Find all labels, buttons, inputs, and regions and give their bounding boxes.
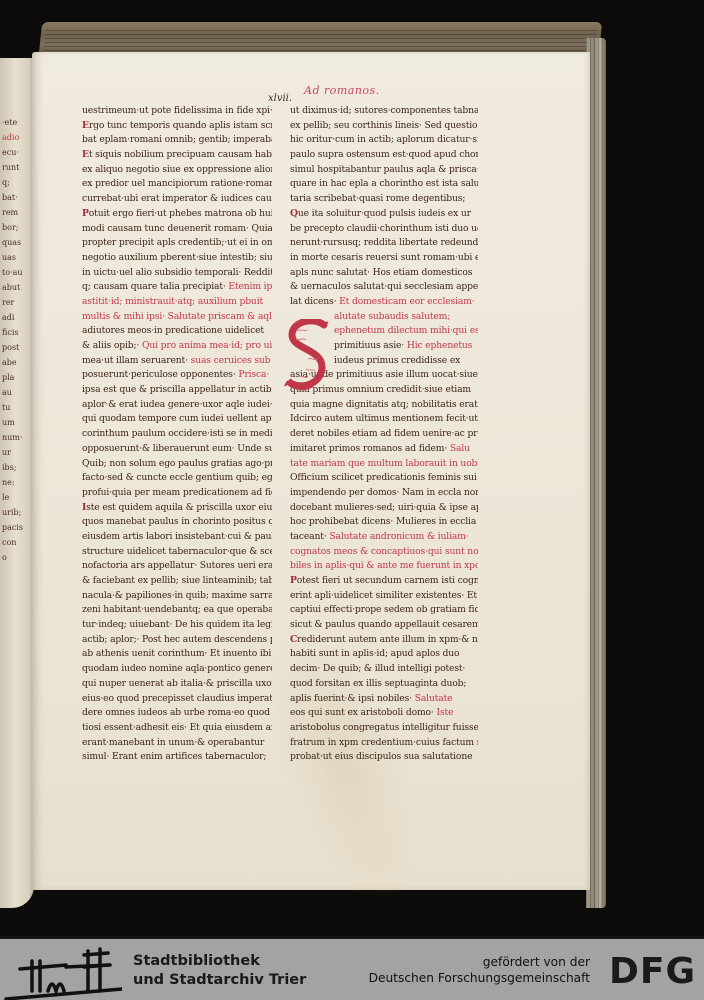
manuscript-line: currebat·ubi erat imperator & iudices ca…	[82, 192, 272, 207]
facing-page-text-fragment: um	[2, 418, 15, 428]
manuscript-line: docebant mulieres·sed; uiri·quia & ipse …	[290, 501, 478, 516]
manuscript-line: zeni habitant·uendebantq; ea que operaba…	[82, 603, 272, 618]
manuscript-line: be precepto claudii·chorinthum isti duo …	[290, 222, 478, 237]
manuscript-line: taceant· Salutate andronicum & iuliam·	[290, 530, 478, 545]
manuscript-line: tiosi essent·adhesit eis· Et quia eiusde…	[82, 721, 272, 736]
manuscript-line: eiusdem artis labori insistebant·cui & p…	[82, 530, 272, 545]
manuscript-line: multis & mihi ipsi· Salutate priscam & a…	[82, 310, 272, 325]
manuscript-line: quos manebat paulus in chorinto positus …	[82, 515, 272, 530]
manuscript-line: corinthum paulum occidere·isti se in med…	[82, 427, 272, 442]
manuscript-line: adiutores meos·in predicatione uidelicet	[82, 324, 272, 339]
manuscript-line: & faciebant ex pellib; siue linteaminib;…	[82, 574, 272, 589]
facing-page-text-fragment: o	[2, 553, 7, 563]
institution-line-2: und Stadtarchiv Trier	[133, 971, 306, 990]
facing-page-text-fragment: uas	[2, 253, 16, 263]
manuscript-line: uestrimeum·ut pote fidelissima in fide x…	[82, 104, 272, 119]
manuscript-line: qui nuper uenerat ab italia·& priscilla …	[82, 677, 272, 692]
facing-page-text-fragment: adio	[2, 133, 19, 143]
facing-page-text-fragment: to·au	[2, 268, 23, 278]
manuscript-line: negotio auxilium pberent·siue intestib; …	[82, 251, 272, 266]
facing-page-text-fragment: quas	[2, 238, 21, 248]
manuscript-line: ipsa est que & priscilla appellatur in a…	[82, 383, 272, 398]
manuscript-line: impendendo per domos· Nam in eccla non	[290, 486, 478, 501]
footer-banner: Stadtbibliothek und Stadtarchiv Trier ge…	[0, 936, 704, 1000]
manuscript-line: modi causam tunc deuenerit romam· Quia	[82, 222, 272, 237]
manuscript-line: dere omnes iudeos ab urbe roma·eo quod s…	[82, 706, 272, 721]
manuscript-line: actib; aplor;· Post hec autem descendens…	[82, 633, 272, 648]
running-head: Ad romanos.	[304, 84, 380, 97]
manuscript-line: profui·quia per meam predicationem ad fi…	[82, 486, 272, 501]
manuscript-line: Idcirco autem ultimus mentionem fecit·ut…	[290, 412, 478, 427]
manuscript-line: Officium scilicet predicationis feminis …	[290, 471, 478, 486]
manuscript-line: deret nobiles etiam ad fidem uenire·ac p…	[290, 427, 478, 442]
manuscript-line: nerunt·rursusq; reddita libertate redeun…	[290, 236, 478, 251]
manuscript-line: ex pellib; seu corthinis lineis· Sed que…	[290, 119, 478, 134]
funder-line-2: Deutschen Forschungsgemeinschaft	[369, 971, 590, 987]
facing-page-text-fragment: ur	[2, 448, 11, 458]
facing-page-text-fragment: urib;	[2, 508, 21, 518]
manuscript-line: Et siquis nobilium precipuam causam habe…	[82, 148, 272, 163]
manuscript-line: bat eplam·romani omnib; gentib; imperaba…	[82, 133, 272, 148]
manuscript-line: erint apli·uidelicet similiter existente…	[290, 589, 478, 604]
facing-page-text-fragment: ficis	[2, 328, 18, 338]
funder-line-1: gefördert von der	[369, 955, 590, 971]
manuscript-line: tate mariam que multum laborauit in uobi…	[290, 457, 478, 472]
funder-credit: gefördert von der Deutschen Forschungsge…	[369, 955, 590, 986]
manuscript-line: nofactoria ars appellatur· Sutores ueri …	[82, 559, 272, 574]
manuscript-line: habiti sunt in aplis·id; apud aplos duo	[290, 647, 478, 662]
institution-line-1: Stadtbibliothek	[133, 952, 306, 971]
manuscript-line: taria scribebat·quasi rome degentibus;	[290, 192, 478, 207]
manuscript-line: posuerunt·periculose opponentes· Prisca·	[82, 368, 272, 383]
manuscript-line: Potuit ergo fieri·ut phebes matrona ob h…	[82, 207, 272, 222]
manuscript-line: biles in aplis·qui & ante me fuerunt in …	[290, 559, 478, 574]
manuscript-line: simul· Erant enim artifices tabernaculor…	[82, 750, 272, 765]
facing-page-text-fragment: runt	[2, 163, 19, 173]
manuscript-line: q; causam quare talia precipiat· Etenim …	[82, 280, 272, 295]
manuscript-line: nacula·& papiliones·in quib; maxime sarr…	[82, 589, 272, 604]
manuscript-line: fratrum in xpm credentium·cuius factum s…	[290, 736, 478, 751]
manuscript-line: qui quodam tempore cum iudei uellent apu…	[82, 412, 272, 427]
facing-page-text-fragment: au	[2, 388, 12, 398]
manuscript-line: aplis fuerint·& ipsi nobiles· Salutate	[290, 692, 478, 707]
manuscript-line: apls nunc salutat· Hos etiam domesticos	[290, 266, 478, 281]
facing-page-text-fragment: num·	[2, 433, 22, 443]
facing-page-text-fragment: q;	[2, 178, 10, 188]
facing-page-text-fragment: abut	[2, 283, 20, 293]
facing-page-text-fragment: ne:	[2, 478, 15, 488]
manuscript-line: quare in hac epla a chorintho est ista s…	[290, 177, 478, 192]
facing-page-text-fragment: ecu·	[2, 148, 19, 158]
manuscript-line: Crediderunt autem ante illum in xpm·& no…	[290, 633, 478, 648]
folio-number: xlvii.	[268, 93, 292, 104]
facing-page-text-fragment: con	[2, 538, 16, 548]
facing-page-text-fragment: rer	[2, 298, 14, 308]
manuscript-line: probat·ut eius discipulos sua salutation…	[290, 750, 478, 765]
facing-page-text-fragment: tu	[2, 403, 10, 413]
stadtbibliothek-logo-icon	[4, 945, 122, 1000]
manuscript-line: Potest fieri ut secundum carnem isti cog…	[290, 574, 478, 589]
manuscript-line: simul hospitabantur paulus aqla & prisca…	[290, 163, 478, 178]
facing-page-text-fragment: bat·	[2, 193, 18, 203]
manuscript-line: imitaret primos romanos ad fidem· Salu	[290, 442, 478, 457]
manuscript-line: quodam iudeo nomine aqla·pontico genere,	[82, 662, 272, 677]
manuscript-line: propter precipit apls credentib;·ut ei i…	[82, 236, 272, 251]
manuscript-viewer: ·eteadioecu·runtq;bat·rembor;quasuasto·a…	[0, 0, 704, 936]
decorated-initial-s-icon	[284, 319, 332, 395]
manuscript-line: cognatos meos & concaptiuos·qui sunt no	[290, 545, 478, 560]
manuscript-line: tur·indeq; uiuebant· De his quidem ita l…	[82, 618, 272, 633]
manuscript-line: & uernaculos salutat·qui secclesiam appe…	[290, 280, 478, 295]
dfg-logo: DFG	[609, 953, 696, 991]
manuscript-line: decim· De quib; & illud intelligi potest…	[290, 662, 478, 677]
facing-page-text-fragment: adi	[2, 313, 14, 323]
manuscript-line: lat dicens· Et domesticam eor ecclesiam·	[290, 295, 478, 310]
manuscript-line: sicut & paulus quando appellauit cesarem…	[290, 618, 478, 633]
facing-page-text-fragment: ibs;	[2, 463, 16, 473]
facing-page-text-fragment: le	[2, 493, 9, 503]
manuscript-line: quia magne dignitatis atq; nobilitatis e…	[290, 398, 478, 413]
manuscript-line: structure uidelicet tabernaculor·que & s…	[82, 545, 272, 560]
manuscript-line: ex aliquo negotio siue ex oppressione al…	[82, 163, 272, 178]
manuscript-line: in morte cesaris reuersi sunt romam·ubi …	[290, 251, 478, 266]
manuscript-line: Quib; non solum ego paulus gratias ago·p…	[82, 457, 272, 472]
facing-page-text-fragment: pacis	[2, 523, 23, 533]
manuscript-line: ut diximus·id; sutores·componentes tabna…	[290, 104, 478, 119]
manuscript-line: eos qui sunt ex aristoboli domo· Iste	[290, 706, 478, 721]
manuscript-line: ab athenis uenit corinthum· Et inuento i…	[82, 647, 272, 662]
facing-page-text-fragment: bor;	[2, 223, 18, 233]
manuscript-line: eius·eo quod precepisset claudius impera…	[82, 692, 272, 707]
manuscript-line: Ergo tunc temporis quando aplis istam sc…	[82, 119, 272, 134]
manuscript-line: hoc prohibebat dicens· Mulieres in eccli…	[290, 515, 478, 530]
manuscript-line: in uictu·uel alio subsidio temporali· Re…	[82, 266, 272, 281]
text-column-right: ut diximus·id; sutores·componentes tabna…	[290, 104, 478, 765]
manuscript-line: Que ita soluitur·quod pulsis iudeis ex u…	[290, 207, 478, 222]
manuscript-line: Iste est quidem aquila & priscilla uxor …	[82, 501, 272, 516]
facing-page-text-fragment: rem	[2, 208, 18, 218]
manuscript-line: erant·manebant in unum·& operabantur	[82, 736, 272, 751]
text-column-left: uestrimeum·ut pote fidelissima in fide x…	[82, 104, 272, 765]
manuscript-line: & aliis opib;· Qui pro anima mea·id; pro…	[82, 339, 272, 354]
manuscript-line: aristobolus congregatus intelligitur fui…	[290, 721, 478, 736]
facing-page-text-fragment: pla	[2, 373, 14, 383]
facing-page-text-fragment: post	[2, 343, 19, 353]
manuscript-line: mea·ut illam seruarent· suas ceruices su…	[82, 354, 272, 369]
facing-page-text-fragment: abe	[2, 358, 17, 368]
facing-page-text-fragment: ·ete	[2, 118, 17, 128]
manuscript-line: facto·sed & cuncte eccle gentium quib; e…	[82, 471, 272, 486]
manuscript-line: hic oritur·cum in actib; aplorum dicatur…	[290, 133, 478, 148]
facing-page-edge: ·eteadioecu·runtq;bat·rembor;quasuasto·a…	[0, 58, 34, 908]
manuscript-line: ex predior uel mancipiorum ratione·romam…	[82, 177, 272, 192]
institution-name: Stadtbibliothek und Stadtarchiv Trier	[133, 952, 306, 990]
manuscript-line: astitit·id; ministrauit·atq; auxilium pb…	[82, 295, 272, 310]
manuscript-line: captiui effecti·prope sedem ob gratiam f…	[290, 603, 478, 618]
manuscript-line: opposuerunt·& liberauerunt eum· Unde sub…	[82, 442, 272, 457]
manuscript-line: paulo supra ostensum est·quod apud chori…	[290, 148, 478, 163]
manuscript-line: quod forsitan ex illis septuaginta duob;	[290, 677, 478, 692]
manuscript-line: aplor·& erat iudea genere·uxor aqle iude…	[82, 398, 272, 413]
